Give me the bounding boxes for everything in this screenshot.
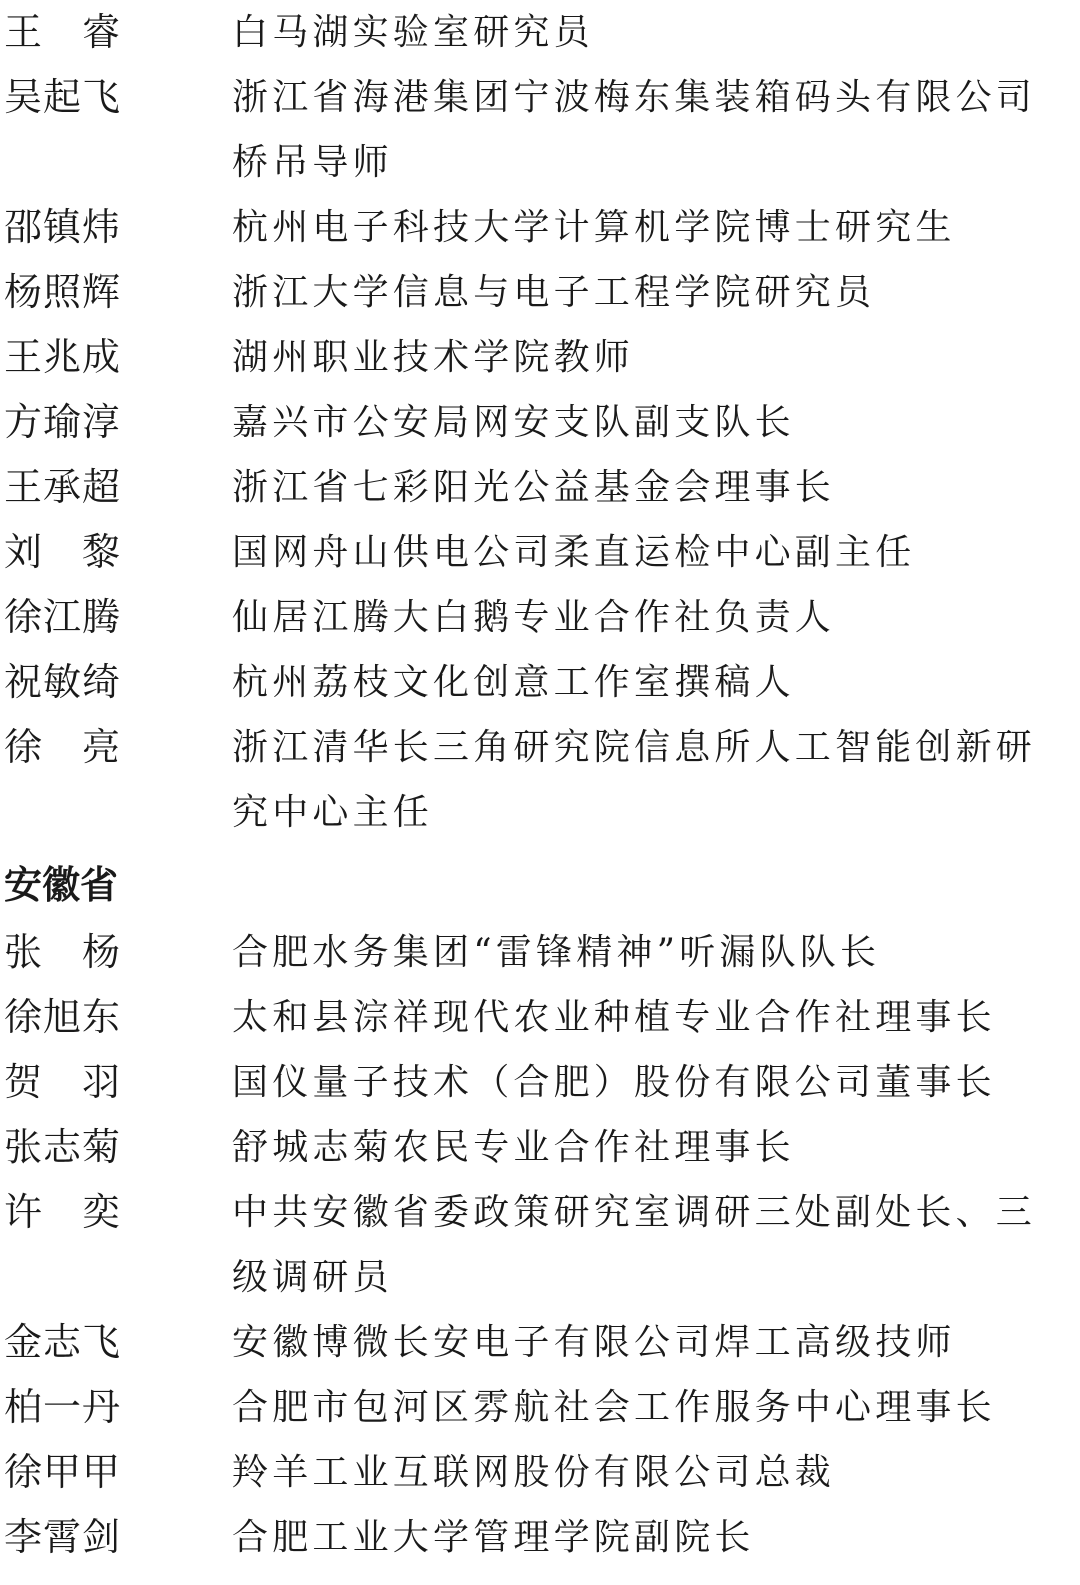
list-item: 徐亮 浙江清华长三角研究院信息所人工智能创新研究中心主任 (0, 715, 1080, 845)
name-char: 刘 (4, 520, 42, 585)
person-title: 合肥工业大学管理学院副院长 (232, 1505, 1080, 1570)
person-title: 浙江清华长三角研究院信息所人工智能创新研究中心主任 (232, 715, 1080, 845)
person-name: 刘黎 (0, 520, 232, 585)
list-item: 张杨 合肥水务集团“雷锋精神”听漏队队长 (0, 920, 1080, 985)
person-title: 浙江省海港集团宁波梅东集装箱码头有限公司桥吊导师 (232, 65, 1080, 195)
person-title: 国仪量子技术（合肥）股份有限公司董事长 (232, 1050, 1080, 1115)
name-char: 许 (4, 1180, 42, 1245)
list-item: 王睿 白马湖实验室研究员 (0, 0, 1080, 65)
list-item: 许奕 中共安徽省委政策研究室调研三处副处长、三级调研员 (0, 1180, 1080, 1310)
person-name: 柏一丹 (0, 1375, 232, 1440)
name-char: 睿 (82, 10, 120, 54)
list-item: 贺羽 国仪量子技术（合肥）股份有限公司董事长 (0, 1050, 1080, 1115)
list-item: 王承超 浙江省七彩阳光公益基金会理事长 (0, 455, 1080, 520)
person-name: 张杨 (0, 920, 232, 985)
name-char: 贺 (4, 1050, 42, 1115)
list-item: 张志菊 舒城志菊农民专业合作社理事长 (0, 1115, 1080, 1180)
list-item: 王兆成 湖州职业技术学院教师 (0, 325, 1080, 390)
person-name: 许奕 (0, 1180, 232, 1245)
list-item: 徐旭东 太和县淙祥现代农业种植专业合作社理事长 (0, 985, 1080, 1050)
person-name: 祝敏绮 (0, 650, 232, 715)
list-item: 李霄剑 合肥工业大学管理学院副院长 (0, 1505, 1080, 1570)
list-item: 金志飞 安徽博微长安电子有限公司焊工高级技师 (0, 1310, 1080, 1375)
list-item: 徐江腾 仙居江腾大白鹅专业合作社负责人 (0, 585, 1080, 650)
name-char: 杨 (82, 930, 120, 974)
person-title: 安徽博微长安电子有限公司焊工高级技师 (232, 1310, 1080, 1375)
person-name: 杨照辉 (0, 260, 232, 325)
person-title: 嘉兴市公安局网安支队副支队长 (232, 390, 1080, 455)
person-title: 湖州职业技术学院教师 (232, 325, 1080, 390)
person-title: 羚羊工业互联网股份有限公司总裁 (232, 1440, 1080, 1505)
person-title: 杭州电子科技大学计算机学院博士研究生 (232, 195, 1080, 260)
person-name: 吴起飞 (0, 65, 232, 130)
person-name: 王承超 (0, 455, 232, 520)
person-name: 金志飞 (0, 1310, 232, 1375)
person-title: 浙江省七彩阳光公益基金会理事长 (232, 455, 1080, 520)
document-page: 王睿 白马湖实验室研究员 吴起飞 浙江省海港集团宁波梅东集装箱码头有限公司桥吊导… (0, 0, 1080, 1570)
person-name: 方瑜淳 (0, 390, 232, 455)
list-item: 邵镇炜 杭州电子科技大学计算机学院博士研究生 (0, 195, 1080, 260)
list-item: 柏一丹 合肥市包河区雰航社会工作服务中心理事长 (0, 1375, 1080, 1440)
person-title: 合肥市包河区雰航社会工作服务中心理事长 (232, 1375, 1080, 1440)
person-name: 李霄剑 (0, 1505, 232, 1570)
name-char: 王 (4, 0, 42, 65)
person-name: 贺羽 (0, 1050, 232, 1115)
person-name: 张志菊 (0, 1115, 232, 1180)
person-name: 邵镇炜 (0, 195, 232, 260)
name-char: 奕 (82, 1190, 120, 1234)
list-item: 杨照辉 浙江大学信息与电子工程学院研究员 (0, 260, 1080, 325)
name-char: 徐 (4, 715, 42, 780)
person-name: 王兆成 (0, 325, 232, 390)
person-name: 徐旭东 (0, 985, 232, 1050)
person-name: 徐甲甲 (0, 1440, 232, 1505)
continued-section-list: 王睿 白马湖实验室研究员 吴起飞 浙江省海港集团宁波梅东集装箱码头有限公司桥吊导… (0, 0, 1080, 845)
list-item: 方瑜淳 嘉兴市公安局网安支队副支队长 (0, 390, 1080, 455)
section-heading: 安徽省 (0, 850, 1080, 920)
person-title: 国网舟山供电公司柔直运检中心副主任 (232, 520, 1080, 585)
person-title: 舒城志菊农民专业合作社理事长 (232, 1115, 1080, 1180)
person-name: 徐亮 (0, 715, 232, 780)
person-title: 太和县淙祥现代农业种植专业合作社理事长 (232, 985, 1080, 1050)
person-title: 仙居江腾大白鹅专业合作社负责人 (232, 585, 1080, 650)
person-name: 王睿 (0, 0, 232, 65)
person-title: 杭州荔枝文化创意工作室撰稿人 (232, 650, 1080, 715)
person-name: 徐江腾 (0, 585, 232, 650)
list-item: 吴起飞 浙江省海港集团宁波梅东集装箱码头有限公司桥吊导师 (0, 65, 1080, 195)
name-char: 黎 (82, 530, 120, 574)
name-char: 亮 (82, 725, 120, 769)
person-title: 合肥水务集团“雷锋精神”听漏队队长 (232, 920, 1080, 985)
person-title: 中共安徽省委政策研究室调研三处副处长、三级调研员 (232, 1180, 1080, 1310)
list-item: 祝敏绮 杭州荔枝文化创意工作室撰稿人 (0, 650, 1080, 715)
name-char: 张 (4, 920, 42, 985)
list-item: 刘黎 国网舟山供电公司柔直运检中心副主任 (0, 520, 1080, 585)
name-char: 羽 (82, 1060, 120, 1104)
person-title: 白马湖实验室研究员 (232, 0, 1080, 65)
anhui-section: 安徽省 张杨 合肥水务集团“雷锋精神”听漏队队长 徐旭东 太和县淙祥现代农业种植… (0, 850, 1080, 1570)
person-title: 浙江大学信息与电子工程学院研究员 (232, 260, 1080, 325)
list-item: 徐甲甲 羚羊工业互联网股份有限公司总裁 (0, 1440, 1080, 1505)
